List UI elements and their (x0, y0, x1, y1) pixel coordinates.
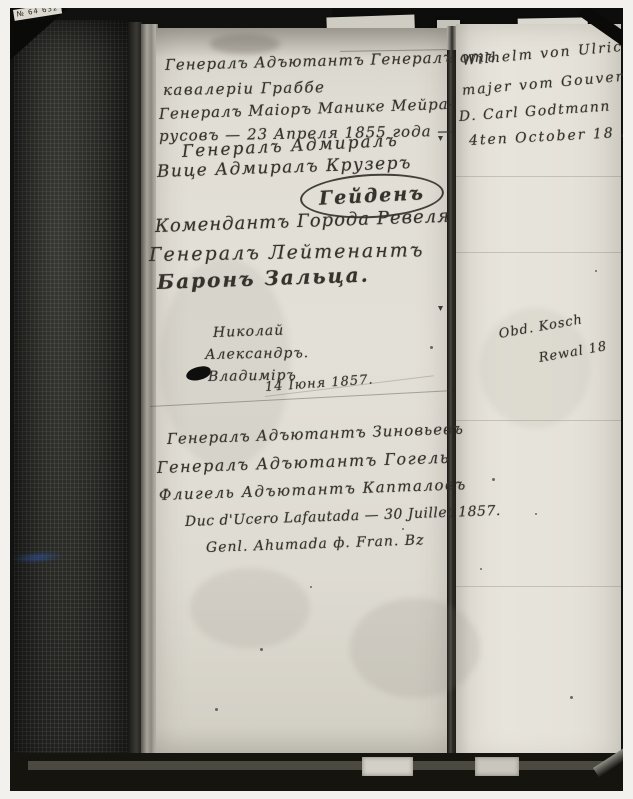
table-surface (10, 753, 623, 791)
signature-text: Гейденъ (319, 184, 426, 209)
bookmark-tab (475, 757, 519, 776)
speck (402, 528, 404, 530)
stain (190, 568, 310, 648)
page-crease (456, 586, 621, 587)
handwriting-line: Генералъ Лейтенантъ (149, 241, 425, 265)
handwriting-line: Александръ. (205, 346, 309, 362)
stain (210, 34, 280, 54)
speck (595, 270, 597, 272)
speck (215, 708, 218, 711)
book-spine-shadow (128, 22, 142, 770)
speck (260, 648, 263, 651)
stain (350, 598, 480, 698)
book-cover (14, 20, 132, 776)
speck (492, 478, 495, 481)
bookmark-tab (362, 757, 413, 776)
handwriting-line: Николай (213, 324, 285, 340)
page-crease (456, 252, 621, 253)
handwriting-line: кавалерiи Граббе (163, 80, 326, 98)
speck (535, 513, 537, 515)
table-edge-highlight (28, 761, 608, 770)
photograph: Генералъ Адъютантъ Генералъ отъ кавалерi… (10, 8, 623, 791)
speck (430, 346, 433, 349)
page-crease (456, 176, 621, 177)
speck (310, 586, 312, 588)
speck (570, 696, 573, 699)
speck (480, 568, 482, 570)
